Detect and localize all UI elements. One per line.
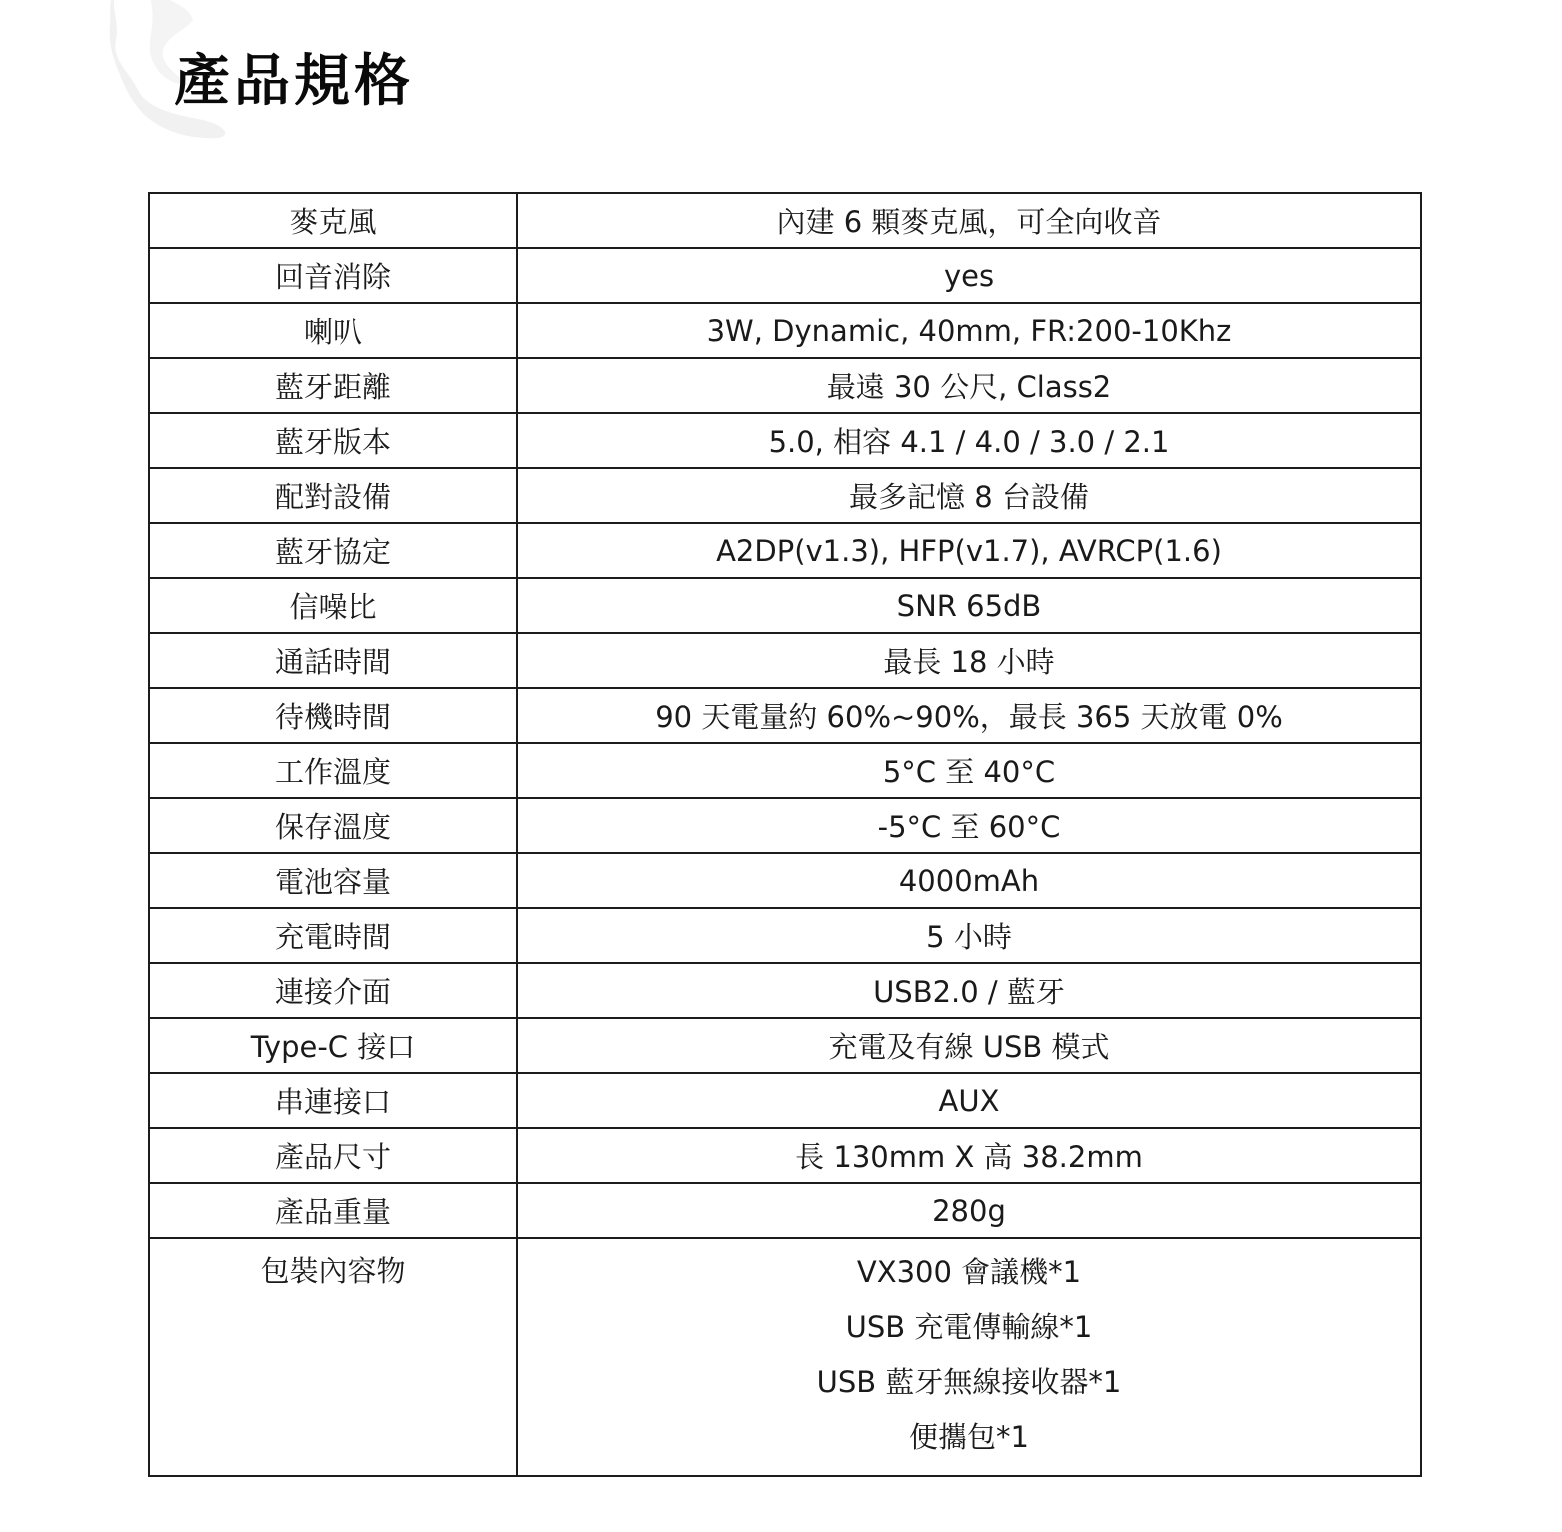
spec-label: 藍牙距離	[149, 358, 517, 413]
table-row: 工作溫度 5°C 至 40°C	[149, 743, 1421, 798]
table-row: 充電時間 5 小時	[149, 908, 1421, 963]
table-row: 喇叭 3W, Dynamic, 40mm, FR:200-10Khz	[149, 303, 1421, 358]
table-row: 產品尺寸 長 130mm X 高 38.2mm	[149, 1128, 1421, 1183]
spec-value: 最長 18 小時	[517, 633, 1421, 688]
table-row: 麥克風 內建 6 顆麥克風，可全向收音	[149, 193, 1421, 248]
table-row: 藍牙距離 最遠 30 公尺, Class2	[149, 358, 1421, 413]
page-title: 產品規格	[174, 46, 414, 118]
spec-value: 4000mAh	[517, 853, 1421, 908]
spec-label: 配對設備	[149, 468, 517, 523]
package-item: 便攜包*1	[518, 1410, 1420, 1465]
spec-label: 麥克風	[149, 193, 517, 248]
spec-label: 充電時間	[149, 908, 517, 963]
spec-value: 5°C 至 40°C	[517, 743, 1421, 798]
spec-label: 通話時間	[149, 633, 517, 688]
spec-label: 工作溫度	[149, 743, 517, 798]
spec-label: 喇叭	[149, 303, 517, 358]
spec-value: 長 130mm X 高 38.2mm	[517, 1128, 1421, 1183]
spec-label: Type-C 接口	[149, 1018, 517, 1073]
spec-label: 產品重量	[149, 1183, 517, 1238]
table-row: 待機時間 90 天電量約 60%~90%，最長 365 天放電 0%	[149, 688, 1421, 743]
spec-value: -5°C 至 60°C	[517, 798, 1421, 853]
spec-value: 90 天電量約 60%~90%，最長 365 天放電 0%	[517, 688, 1421, 743]
table-row: 連接介面 USB2.0 / 藍牙	[149, 963, 1421, 1018]
spec-label: 包裝內容物	[149, 1238, 517, 1476]
spec-label: 連接介面	[149, 963, 517, 1018]
spec-label: 信噪比	[149, 578, 517, 633]
package-item: VX300 會議機*1	[518, 1245, 1420, 1300]
table-row: 產品重量 280g	[149, 1183, 1421, 1238]
spec-label: 回音消除	[149, 248, 517, 303]
spec-value: SNR 65dB	[517, 578, 1421, 633]
spec-label: 藍牙版本	[149, 413, 517, 468]
spec-value: 充電及有線 USB 模式	[517, 1018, 1421, 1073]
table-row: 信噪比 SNR 65dB	[149, 578, 1421, 633]
spec-table: 麥克風 內建 6 顆麥克風，可全向收音 回音消除 yes 喇叭 3W, Dyna…	[148, 192, 1422, 1477]
spec-value: 3W, Dynamic, 40mm, FR:200-10Khz	[517, 303, 1421, 358]
table-row: 串連接口 AUX	[149, 1073, 1421, 1128]
table-row: 藍牙版本 5.0, 相容 4.1 / 4.0 / 3.0 / 2.1	[149, 413, 1421, 468]
table-row-package-contents: 包裝內容物 VX300 會議機*1 USB 充電傳輸線*1 USB 藍牙無線接收…	[149, 1238, 1421, 1476]
spec-value: 最遠 30 公尺, Class2	[517, 358, 1421, 413]
spec-value: 內建 6 顆麥克風，可全向收音	[517, 193, 1421, 248]
table-row: 保存溫度 -5°C 至 60°C	[149, 798, 1421, 853]
spec-value: AUX	[517, 1073, 1421, 1128]
spec-label: 電池容量	[149, 853, 517, 908]
table-row: 電池容量 4000mAh	[149, 853, 1421, 908]
table-row: 藍牙協定 A2DP(v1.3), HFP(v1.7), AVRCP(1.6)	[149, 523, 1421, 578]
package-contents-list: VX300 會議機*1 USB 充電傳輸線*1 USB 藍牙無線接收器*1 便攜…	[517, 1238, 1421, 1476]
spec-value: A2DP(v1.3), HFP(v1.7), AVRCP(1.6)	[517, 523, 1421, 578]
table-row: Type-C 接口 充電及有線 USB 模式	[149, 1018, 1421, 1073]
spec-value: 最多記憶 8 台設備	[517, 468, 1421, 523]
spec-label: 產品尺寸	[149, 1128, 517, 1183]
spec-label: 串連接口	[149, 1073, 517, 1128]
spec-label: 藍牙協定	[149, 523, 517, 578]
spec-value: 280g	[517, 1183, 1421, 1238]
package-item: USB 藍牙無線接收器*1	[518, 1355, 1420, 1410]
table-row: 配對設備 最多記憶 8 台設備	[149, 468, 1421, 523]
spec-value: USB2.0 / 藍牙	[517, 963, 1421, 1018]
table-row: 通話時間 最長 18 小時	[149, 633, 1421, 688]
spec-label: 待機時間	[149, 688, 517, 743]
spec-value: 5.0, 相容 4.1 / 4.0 / 3.0 / 2.1	[517, 413, 1421, 468]
spec-value: yes	[517, 248, 1421, 303]
table-row: 回音消除 yes	[149, 248, 1421, 303]
spec-label: 保存溫度	[149, 798, 517, 853]
spec-value: 5 小時	[517, 908, 1421, 963]
package-item: USB 充電傳輸線*1	[518, 1300, 1420, 1355]
